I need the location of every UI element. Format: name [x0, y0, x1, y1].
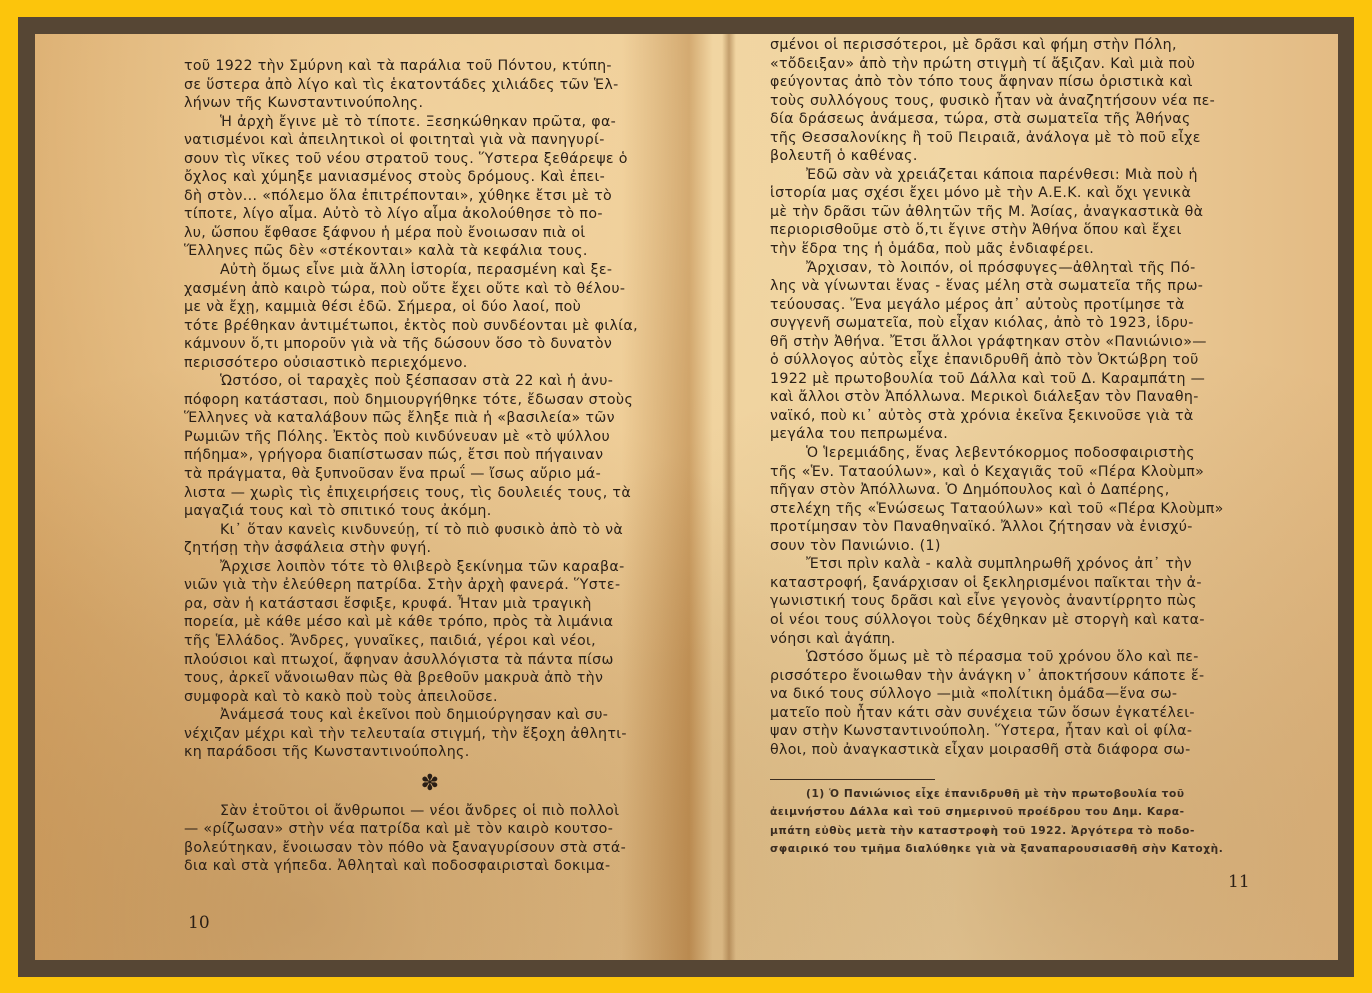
left-page-body: τοῦ 1922 τὴν Σμύρνη καὶ τὰ παράλια τοῦ Π…	[184, 57, 676, 762]
text-line: πορεία, μὲ κάθε μέσο καὶ μὲ κάθε τρόπο, …	[184, 613, 676, 632]
text-line: πήδημα», γρήγορα διαπίστωσαν πώς, ἔτσι π…	[184, 446, 676, 465]
text-line: τίποτε, λίγο αἷμα. Αὐτὸ τὸ λίγο αἷμα ἀκο…	[184, 205, 676, 224]
left-page-body-continued: Σὰν ἐτοῦτοι οἱ ἄνθρωποι — νέοι ἄνδρες οἱ…	[184, 802, 676, 876]
text-line: δία δράσεως ἀνάμεσα, τώρα, στὰ σωματεῖα …	[770, 110, 1262, 129]
text-line: τῆς Ἑλλάδος. Ἄνδρες, γυναῖκες, παιδιά, γ…	[184, 632, 676, 651]
text-line: βολεύτηκαν, ἔνοιωσαν τὸν πόθο νὰ ξαναγυρ…	[184, 839, 676, 858]
text-line: να δικό τους σύλλογο —μιὰ «πολίτικη ὁμάδ…	[770, 685, 1262, 704]
text-line: ζητήσῃ τὴν ἀσφάλεια στὴν φυγή.	[184, 539, 676, 558]
text-line: προτίμησαν τὸν Παναθηναϊκό. Ἄλλοι ζήτησα…	[770, 518, 1262, 537]
text-line: Ὁ Ἱερεμιάδης, ἕνας λεβεντόκορμος ποδοσφα…	[770, 444, 1262, 463]
text-line: περιορισθοῦμε στὸ ὅ,τι ἔγινε στὴν Ἀθήνα …	[770, 221, 1262, 240]
text-line: Αὐτὴ ὅμως εἶνε μιὰ ἄλλη ἱστορία, περασμέ…	[184, 261, 676, 280]
text-line: τῆς Θεσσαλονίκης ἢ τοῦ Πειραιᾶ, ἀνάλογα …	[770, 129, 1262, 148]
text-line: οἱ νέοι τους σύλλογοι τοὺς δέχθηκαν μὲ σ…	[770, 611, 1262, 630]
text-line: τὴν ἕδρα της ἡ ὁμάδα, ποὺ μᾶς ἐνδιαφέρει…	[770, 240, 1262, 259]
text-line: περισσότερο οὐσιαστικὸ περιεχόμενο.	[184, 354, 676, 373]
text-line: ὄχλος καὶ χύμηξε μανιασμένος στοὺς δρόμο…	[184, 168, 676, 187]
text-line: Ἐδῶ σὰν νὰ χρειάζεται κάποια παρένθεσι: …	[770, 166, 1262, 185]
text-line: τεύουσας. Ἕνα μεγάλο μέρος ἀπ᾽ αὐτοὺς πρ…	[770, 296, 1262, 315]
text-line: Ἀνάμεσά τους καὶ ἐκεῖνοι ποὺ δημιούργησα…	[184, 706, 676, 725]
text-line: σε ὕστερα ἀπὸ λίγο καὶ τὶς ἑκατοντάδες χ…	[184, 76, 676, 95]
text-line: ψαν στὴν Κωνσταντινούπολη. Ὕστερα, ἦταν …	[770, 722, 1262, 741]
text-line: Ἔτσι πρὶν καλὰ - καλὰ συμπληρωθῆ χρόνος …	[770, 555, 1262, 574]
text-line: νόησι καὶ ἀγάπη.	[770, 630, 1262, 649]
text-line: ἱστορία μας σχέσι ἔχει μόνο μὲ τὴν Α.Ε.Κ…	[770, 184, 1262, 203]
text-line: με νὰ ἔχῃ, καμμιὰ θέσι ἐδῶ. Σήμερα, οἱ δ…	[184, 298, 676, 317]
text-line: δια καὶ στὰ γήπεδα. Ἀθληταὶ καὶ ποδοσφαι…	[184, 857, 676, 876]
text-line: φεύγοντας ἀπὸ τὸν τόπο τους ἄφηναν πίσω …	[770, 73, 1262, 92]
text-line: λήνων τῆς Κωνσταντινούπολης.	[184, 94, 676, 113]
text-line: θῆ στὴν Ἀθήνα. Ἔτσι ἄλλοι γράφτηκαν στὸν…	[770, 333, 1262, 352]
text-line: λης νὰ γίνωνται ἕνας - ἕνας μέλη στὰ σωμ…	[770, 277, 1262, 296]
left-page-text: τοῦ 1922 τὴν Σμύρνη καὶ τὰ παράλια τοῦ Π…	[184, 57, 676, 876]
text-line: νέχιζαν μέχρι καὶ τὴν τελευταία στιγμή, …	[184, 725, 676, 744]
text-line: Ἄρχισε λοιπὸν τότε τὸ θλιβερὸ ξεκίνημα τ…	[184, 558, 676, 577]
text-line: στελέχη τῆς «Ἑνώσεως Ταταούλων» καὶ τοῦ …	[770, 500, 1262, 519]
text-line: ρισσότερο ἔνοιωθαν τὴν ἀνάγκη ν᾽ ἀποκτήσ…	[770, 667, 1262, 686]
text-line: Ἡ ἀρχὴ ἔγινε μὲ τὸ τίποτε. Ξεσηκώθηκαν π…	[184, 113, 676, 132]
text-line: πῆγαν στὸν Ἀπόλλωνα. Ὁ Δημόπουλος καὶ ὁ …	[770, 481, 1262, 500]
text-line: ναϊκό, ποὺ κι᾽ αὐτὸς στὰ χρόνια ἐκεῖνα ξ…	[770, 407, 1262, 426]
text-line: λυ, ὥσπου ἔφθασε ξάφνου ἡ μέρα ποὺ ἔνοιω…	[184, 224, 676, 243]
section-separator-asterisk-icon: ✽	[184, 762, 676, 802]
text-line: νιῶν γιὰ τὴν ἐλεύθερη πατρίδα. Στὴν ἀρχὴ…	[184, 576, 676, 595]
text-line: χασμένη ἀπὸ καιρὸ τώρα, ποὺ οὔτε ἔχει οὔ…	[184, 280, 676, 299]
footnote: (1) Ὁ Πανιώνιος εἶχε ἐπανιδρυθῆ μὲ τὴν π…	[770, 785, 1262, 858]
page-number-left: 10	[188, 913, 210, 933]
text-line: ἀειμνήστου Δάλλα καὶ τοῦ σημερινοῦ προέδ…	[770, 803, 1262, 821]
page-number-right: 11	[1228, 872, 1250, 892]
text-line: Ἕλληνες νὰ καταλάβουν πῶς ἔληξε πιὰ ἡ «β…	[184, 409, 676, 428]
text-line: Σὰν ἐτοῦτοι οἱ ἄνθρωποι — νέοι ἄνδρες οἱ…	[184, 802, 676, 821]
text-line: καὶ ἄλλοι στὸν Ἀπόλλωνα. Μερικοὶ διάλεξα…	[770, 388, 1262, 407]
book-spine	[722, 34, 736, 960]
text-line: Ὡστόσο, οἱ ταραχὲς ποὺ ξέσπασαν στὰ 22 κ…	[184, 372, 676, 391]
text-line: λιστα — χωρὶς τὶς ἐπιχειρήσεις τους, τὶς…	[184, 484, 676, 503]
text-line: Κι᾽ ὅταν κανεὶς κινδυνεύῃ, τί τὸ πιὸ φυσ…	[184, 521, 676, 540]
text-line: σμένοι οἱ περισσότεροι, μὲ δρᾶσι καὶ φήμ…	[770, 36, 1262, 55]
text-line: καταστροφή, ξανάρχισαν οἱ ξεκληρισμένοι …	[770, 574, 1262, 593]
text-line: σφαιρικό του τμῆμα διαλύθηκε γιὰ νὰ ξανα…	[770, 840, 1262, 858]
text-line: τοῦ 1922 τὴν Σμύρνη καὶ τὰ παράλια τοῦ Π…	[184, 57, 676, 76]
text-line: δὴ στὸν... «πόλεμο ὅλα ἐπιτρέπονται», χύ…	[184, 187, 676, 206]
text-line: ρα, σὰν ἡ κατάστασι ἔσφιξε, κρυφά. Ἦταν …	[184, 595, 676, 614]
text-line: τοὺς συλλόγους τους, φυσικὸ ἦταν νὰ ἀναζ…	[770, 92, 1262, 111]
right-page-text: σμένοι οἱ περισσότεροι, μὲ δρᾶσι καὶ φήμ…	[770, 36, 1262, 759]
text-line: τους, ἀρκεῖ νἄνοιωθαν πὼς θὰ βρεθοῦν μακ…	[184, 669, 676, 688]
text-line: νατισμένοι καὶ ἀπειλητικοὶ οἱ φοιτηταὶ γ…	[184, 131, 676, 150]
footnote-rule	[770, 779, 935, 780]
text-line: Ἄρχισαν, τὸ λοιπόν, οἱ πρόσφυγες—ἀθληταὶ…	[770, 259, 1262, 278]
open-book-spread: τοῦ 1922 τὴν Σμύρνη καὶ τὰ παράλια τοῦ Π…	[35, 34, 1338, 960]
text-line: βολευτῆ ὁ καθένας.	[770, 147, 1262, 166]
text-line: «τὄδειξαν» ἀπὸ τὴν πρώτη στιγμὴ τί ἄξιζα…	[770, 55, 1262, 74]
text-line: συμφορὰ καὶ τὸ κακὸ ποὺ τοὺς ἀπειλοῦσε.	[184, 688, 676, 707]
text-line: σουν τὶς νῖκες τοῦ νέου στρατοῦ τους. Ὕσ…	[184, 150, 676, 169]
text-line: θλοι, ποὺ ἀναγκαστικὰ εἶχαν μοιρασθῆ στὰ…	[770, 741, 1262, 760]
text-line: 1922 μὲ πρωτοβουλία τοῦ Δάλλα καὶ τοῦ Δ.…	[770, 370, 1262, 389]
text-line: Ὡστόσο ὅμως μὲ τὸ πέρασμα τοῦ χρόνου ὅλο…	[770, 648, 1262, 667]
text-line: — «ρίζωσαν» στὴν νέα πατρίδα καὶ μὲ τὸν …	[184, 820, 676, 839]
text-line: τὰ πράγματα, θὰ ξυπνοῦσαν ἕνα πρωΐ — ἴσω…	[184, 465, 676, 484]
text-line: (1) Ὁ Πανιώνιος εἶχε ἐπανιδρυθῆ μὲ τὴν π…	[770, 785, 1262, 803]
text-line: πλούσιοι καὶ πτωχοί, ἄφηναν ἀσυλλόγιστα …	[184, 651, 676, 670]
text-line: μὲ τὴν δρᾶσι τῶν ἀθλητῶν τῆς Μ. Ἀσίας, ἀ…	[770, 203, 1262, 222]
text-line: κάμνουν ὅ,τι μποροῦν γιὰ νὰ τῆς δώσουν ὅ…	[184, 335, 676, 354]
text-line: κη παράδοσι τῆς Κωνσταντινούπολης.	[184, 743, 676, 762]
text-line: μαγαζιά τους καὶ τὸ σπιτικό τους ἀκόμη.	[184, 502, 676, 521]
text-line: συγγενῆ σωματεῖα, ποὺ εἶχαν κιόλας, ἀπὸ …	[770, 314, 1262, 333]
text-line: σουν τὸν Πανιώνιο. (1)	[770, 537, 1262, 556]
text-line: πόφορη κατάστασι, ποὺ δημιουργήθηκε τότε…	[184, 391, 676, 410]
text-line: ματεῖο ποὺ ἦταν κάτι σὰν συνέχεια τῶν ὅσ…	[770, 704, 1262, 723]
text-line: ὁ σύλλογος αὐτὸς εἶχε ἐπανιδρυθῆ ἀπὸ τὸν…	[770, 351, 1262, 370]
text-line: Ἕλληνες πῶς δὲν «στέκονται» καλὰ τὰ κεφά…	[184, 242, 676, 261]
text-line: τότε βρέθηκαν ἀντιμέτωποι, ἐκτὸς ποὺ συν…	[184, 317, 676, 336]
text-line: μπάτη εὐθὺς μετὰ τὴν καταστροφὴ τοῦ 1922…	[770, 822, 1262, 840]
text-line: Ρωμιῶν τῆς Πόλης. Ἐκτὸς ποὺ κινδύνευαν μ…	[184, 428, 676, 447]
text-line: μεγάλα του πεπρωμένα.	[770, 425, 1262, 444]
text-line: γωνιστική τους δρᾶσι καὶ εἶνε γεγονὸς ἀν…	[770, 592, 1262, 611]
right-page-body: σμένοι οἱ περισσότεροι, μὲ δρᾶσι καὶ φήμ…	[770, 36, 1262, 759]
book-cover: τοῦ 1922 τὴν Σμύρνη καὶ τὰ παράλια τοῦ Π…	[18, 17, 1354, 977]
text-line: τῆς «Ἑν. Ταταούλων», καὶ ὁ Κεχαγιᾶς τοῦ …	[770, 463, 1262, 482]
